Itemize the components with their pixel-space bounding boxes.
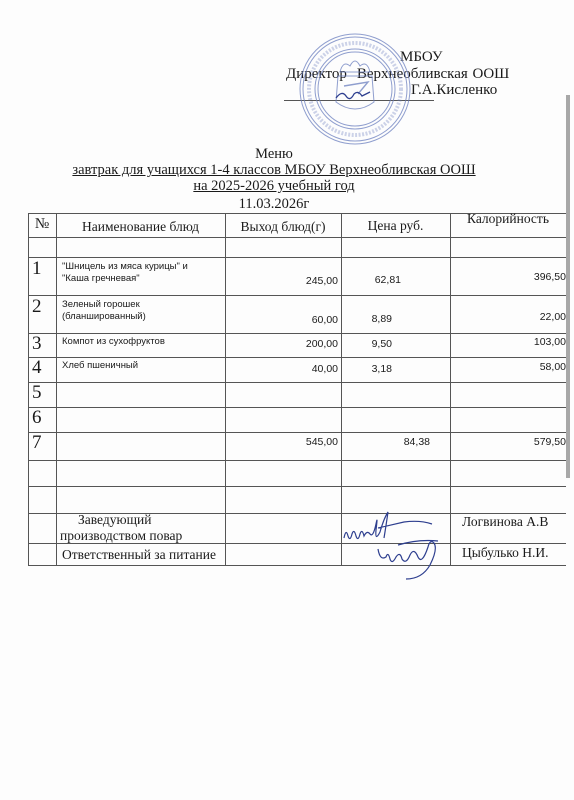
- approval-name: Г.А.Кисленко: [411, 82, 497, 99]
- signature-role-line: Заведующий: [60, 512, 225, 528]
- row-yield: 200,00: [225, 338, 338, 350]
- table-rule: [28, 333, 566, 334]
- row-dish-line: Компот из сухофруктов: [62, 336, 222, 348]
- row-dish-line: "Каша гречневая": [62, 273, 222, 285]
- table-rule: [28, 432, 566, 433]
- row-dish: Хлеб пшеничный: [62, 360, 222, 372]
- row-dish: Зеленый горошек (бланшированный): [62, 299, 222, 323]
- table-rule: [28, 407, 566, 408]
- header-price: Цена руб.: [341, 218, 450, 234]
- row-yield: 60,00: [225, 314, 338, 326]
- signature-mark-icon: [368, 535, 458, 585]
- table-rule: [28, 382, 566, 383]
- row-price: 62,81: [341, 274, 401, 286]
- table-rule: [28, 257, 566, 258]
- row-calories: 103,00: [450, 336, 566, 348]
- table-rule: [28, 486, 566, 487]
- signature-role: Заведующий производством повар: [60, 512, 225, 544]
- table-rule: [28, 565, 566, 566]
- total-calories: 579,50: [450, 436, 566, 448]
- row-dish: "Шницель из мяса курицы" и "Каша гречнев…: [62, 261, 222, 285]
- row-dish-line: Зеленый горошек: [62, 299, 222, 311]
- row-num: 3: [30, 333, 54, 355]
- row-calories: 396,50: [450, 271, 566, 283]
- row-price: 8,89: [341, 313, 392, 325]
- row-price: 9,50: [341, 338, 392, 350]
- row-num: 7: [30, 432, 54, 454]
- row-num: 6: [30, 407, 54, 429]
- school-year: на 2025-2026 учебный год: [0, 178, 548, 195]
- signature-name: Цыбулько Н.И.: [462, 545, 548, 561]
- menu-title: Меню: [0, 146, 548, 163]
- table-rule: [225, 213, 226, 566]
- table-rule: [28, 295, 566, 296]
- table-rule: [28, 237, 566, 238]
- total-price: 84,38: [341, 436, 430, 448]
- menu-subtitle: завтрак для учащихся 1-4 классов МБОУ Ве…: [0, 162, 548, 179]
- official-stamp-icon: [298, 32, 412, 146]
- row-yield: 40,00: [225, 363, 338, 375]
- table-rule: [56, 213, 57, 566]
- row-dish: Компот из сухофруктов: [62, 336, 222, 348]
- row-yield: 245,00: [225, 275, 338, 287]
- row-dish-line: (бланшированный): [62, 311, 222, 323]
- scan-shadow: [566, 95, 570, 478]
- signature-name: Логвинова А.В: [462, 514, 548, 530]
- table-rule: [28, 213, 29, 566]
- row-calories: 22,00: [450, 311, 566, 323]
- header-dish: Наименование блюд: [56, 219, 225, 235]
- row-num: 5: [30, 382, 54, 404]
- row-calories: 58,00: [450, 361, 566, 373]
- signature-role-line: производством повар: [60, 528, 225, 544]
- table-rule: [28, 357, 566, 358]
- signature-role: Ответственный за питание: [62, 547, 227, 563]
- row-dish-line: Хлеб пшеничный: [62, 360, 222, 372]
- row-num: 2: [30, 296, 54, 318]
- table-rule: [28, 460, 566, 461]
- header-yield: Выход блюд(г): [225, 219, 341, 235]
- row-num: 4: [30, 357, 54, 379]
- row-num: 1: [30, 258, 54, 280]
- row-price: 3,18: [341, 363, 392, 375]
- header-calories: Калорийность: [450, 211, 566, 227]
- total-yield: 545,00: [225, 436, 338, 448]
- row-dish-line: "Шницель из мяса курицы" и: [62, 261, 222, 273]
- header-num: №: [28, 216, 56, 233]
